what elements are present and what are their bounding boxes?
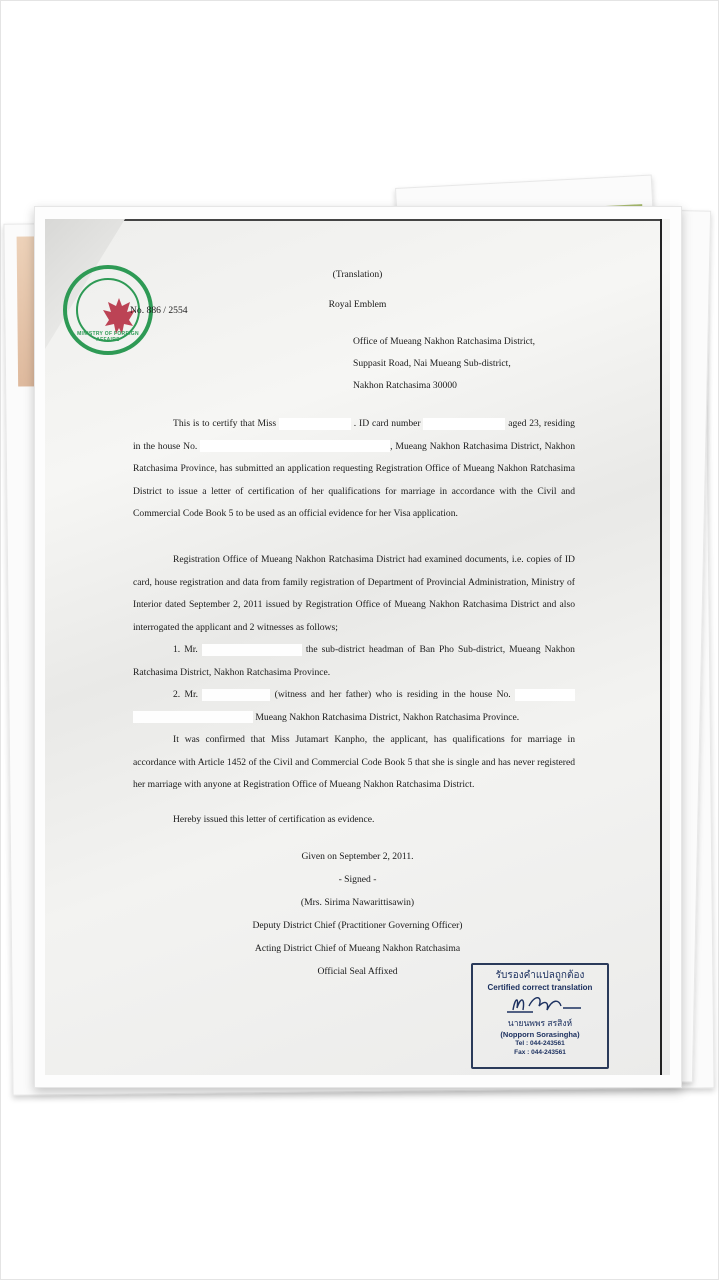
document-photo[interactable]: MINISTRY OF FOREIGN AFFAIRS (Translation… xyxy=(34,206,682,1088)
signatory-title-2: Acting District Chief of Mueang Nakhon R… xyxy=(45,937,670,960)
paragraph-issued: Hereby issued this letter of certificati… xyxy=(133,809,575,832)
redacted-witness-2 xyxy=(202,689,270,701)
paragraph-certify: This is to certify that Miss . ID card n… xyxy=(133,413,575,526)
witness-2: 2. Mr. (witness and her father) who is r… xyxy=(133,684,575,729)
redacted-witness-house-1 xyxy=(515,689,575,701)
redacted-witness-1 xyxy=(202,644,302,656)
paragraph-examination: Registration Office of Mueang Nakhon Rat… xyxy=(133,549,575,639)
certificate-letter: MINISTRY OF FOREIGN AFFAIRS (Translation… xyxy=(45,219,670,1075)
redacted-house-number xyxy=(200,440,390,452)
redacted-id-number xyxy=(423,418,505,430)
given-date: Given on September 2, 2011. xyxy=(45,845,670,868)
translation-label: (Translation) xyxy=(45,269,670,280)
redacted-name xyxy=(279,418,351,430)
signature-scribble-icon xyxy=(503,992,583,1016)
signed-label: - Signed - xyxy=(45,868,670,891)
office-address: Office of Mueang Nakhon Ratchasima Distr… xyxy=(353,331,535,397)
reference-number: No. 886 / 2554 xyxy=(130,305,188,316)
paragraph-confirmation: It was confirmed that Miss Jutamart Kanp… xyxy=(133,729,575,797)
witness-1: 1. Mr. the sub-district headman of Ban P… xyxy=(133,639,575,684)
signatory-name: (Mrs. Sirima Nawarittisawin) xyxy=(45,891,670,914)
seal-text: MINISTRY OF FOREIGN AFFAIRS xyxy=(67,331,149,343)
redacted-witness-house-2 xyxy=(133,711,253,723)
signatory-title-1: Deputy District Chief (Practitioner Gove… xyxy=(45,914,670,937)
certified-translation-stamp: รับรองคำแปลถูกต้อง Certified correct tra… xyxy=(471,963,609,1069)
translator-signature xyxy=(473,992,607,1016)
